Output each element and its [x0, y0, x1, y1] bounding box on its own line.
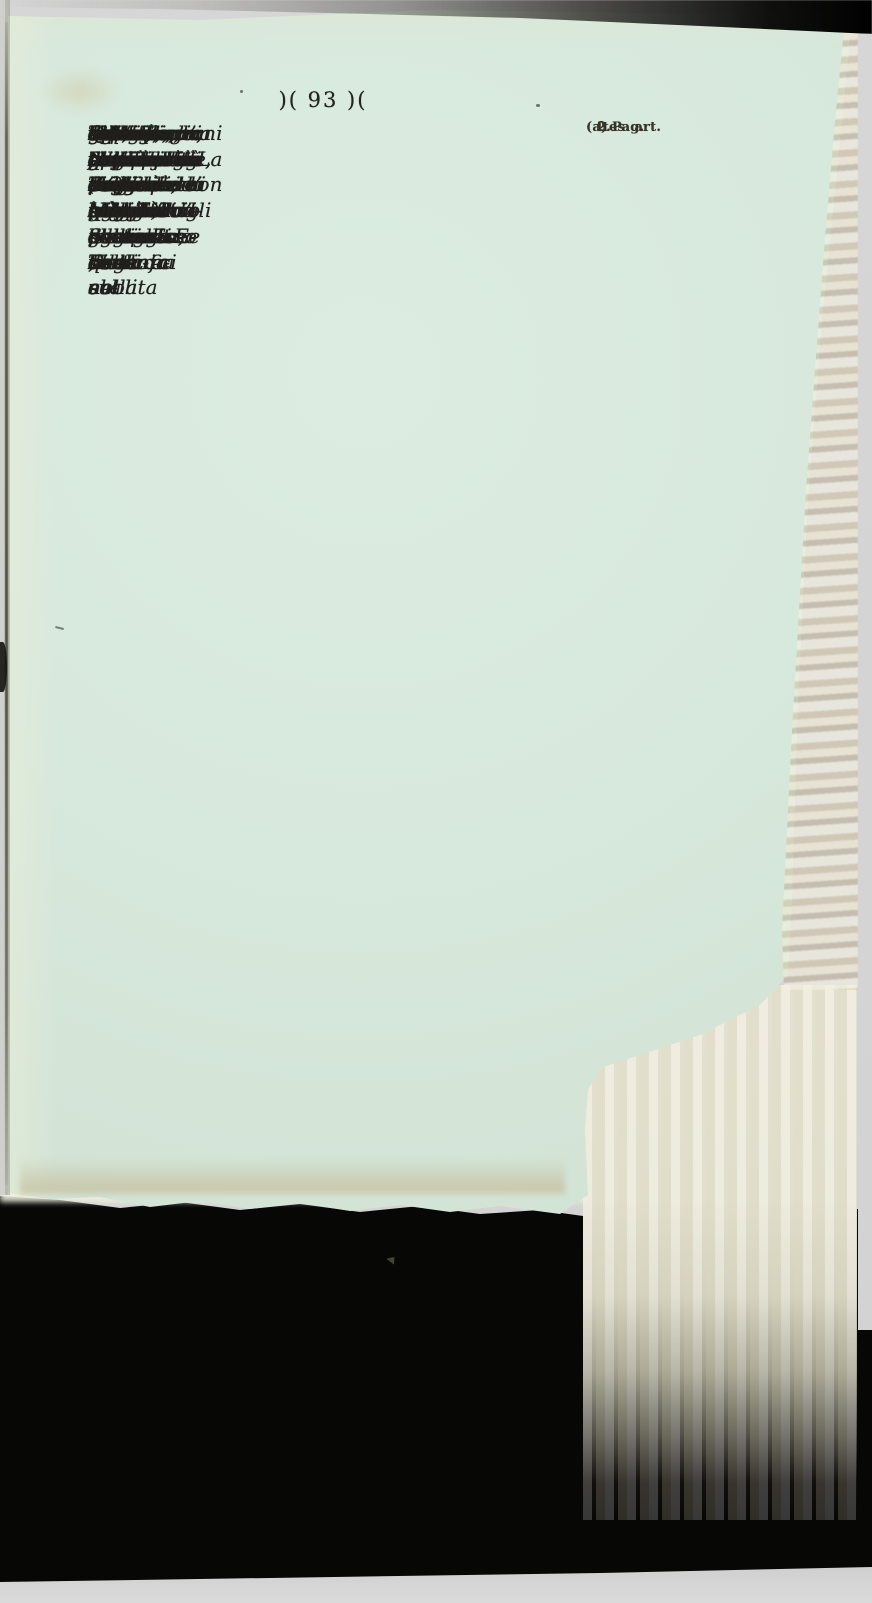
- paper-speck: [240, 90, 243, 93]
- margin-note-line: 2.: [597, 121, 611, 136]
- roman-text-segment: mez-: [88, 121, 136, 147]
- gutter-shadow-line: [5, 22, 8, 1185]
- fore-edge-band: [583, 985, 857, 1520]
- book-scan-screenshot: )( 93 )( Queste verità ( dice (a) ) sono…: [0, 0, 872, 1603]
- bottom-edge-stain: [20, 1158, 565, 1194]
- page-number: )( 93 )(: [88, 88, 558, 112]
- paper-speck: [536, 104, 540, 107]
